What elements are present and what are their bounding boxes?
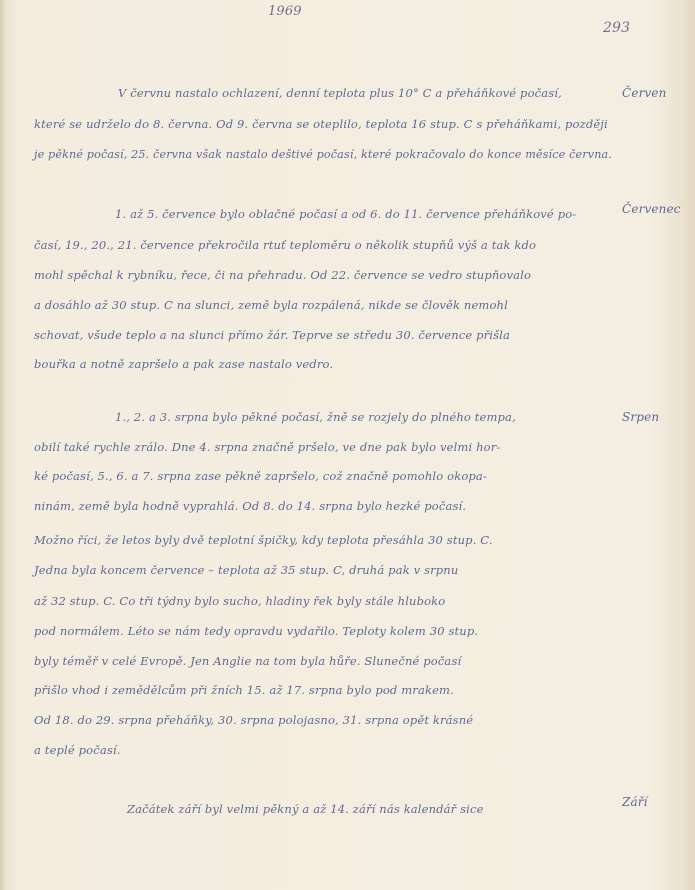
- text-line: a teplé počasí.: [34, 743, 121, 757]
- text-line: až 32 stup. C. Co tři týdny bylo sucho, …: [34, 594, 445, 608]
- text-line: ké počasí, 5., 6. a 7. srpna zase pěkně …: [34, 469, 487, 483]
- margin-note-cervenec: Červenec: [622, 202, 681, 216]
- text-line: Od 18. do 29. srpna přeháňky, 30. srpna …: [34, 713, 473, 727]
- text-line: obilí také rychle zrálo. Dne 4. srpna zn…: [34, 440, 500, 454]
- text-line: V červnu nastalo ochlazení, denní teplot…: [118, 86, 562, 100]
- text-line: Možno říci, že letos byly dvě teplotní š…: [34, 533, 493, 547]
- text-line: Začátek září byl velmi pěkný a až 14. zá…: [127, 802, 484, 816]
- text-line: Jedna byla koncem července – teplota až …: [34, 563, 458, 577]
- page-number: 293: [603, 20, 630, 36]
- text-line: časí, 19., 20., 21. července překročila …: [34, 238, 536, 252]
- text-line: které se udrželo do 8. června. Od 9. čer…: [34, 117, 608, 131]
- year-heading: 1969: [268, 4, 302, 19]
- margin-note-cerven: Červen: [622, 86, 667, 100]
- margin-note-zari: Září: [622, 795, 648, 809]
- chronicle-page: 1969 293 Červen Červenec Srpen Září V če…: [0, 0, 695, 890]
- text-line: mohl spěchal k rybníku, řece, či na přeh…: [34, 268, 531, 282]
- margin-note-srpen: Srpen: [622, 410, 659, 424]
- text-line: přišlo vhod i zemědělcům při žních 15. a…: [34, 683, 454, 697]
- text-line: ninám, země byla hodně vyprahlá. Od 8. d…: [34, 499, 466, 513]
- text-line: a dosáhlo až 30 stup. C na slunci, země …: [34, 298, 508, 312]
- text-line: pod normálem. Léto se nám tedy opravdu v…: [34, 624, 478, 638]
- text-line: byly téměř v celé Evropě. Jen Anglie na …: [34, 654, 461, 668]
- text-line: 1. až 5. července bylo oblačné počasí a …: [115, 207, 576, 221]
- text-line: schovat, všude teplo a na slunci přímo ž…: [34, 328, 510, 342]
- text-line: bouřka a notně zapršelo a pak zase nasta…: [34, 357, 333, 371]
- text-line: je pěkné počasí, 25. června však nastalo…: [34, 147, 612, 161]
- text-line: 1., 2. a 3. srpna bylo pěkné počasí, žně…: [115, 410, 516, 424]
